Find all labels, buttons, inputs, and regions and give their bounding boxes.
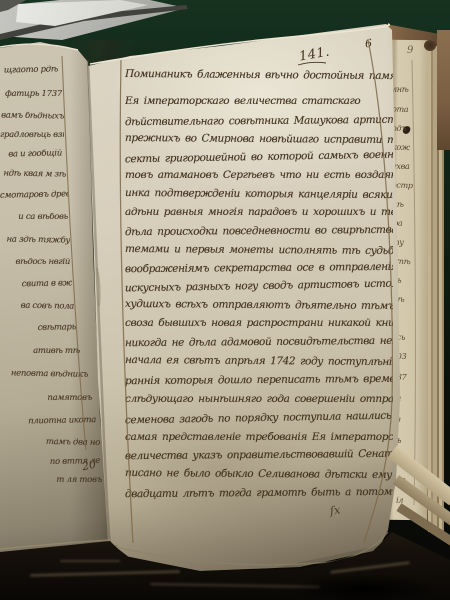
manuscript-line: начала ея свѣтъ апрѣля 1742 году поступл… bbox=[125, 355, 393, 369]
manuscript-line: дѣла происходки повседневности во свирѣп… bbox=[125, 225, 393, 239]
edge-text-fragment: лнѣ bbox=[392, 86, 422, 94]
manuscript-line: инка подтвержденіи которыя канцеляріи вс… bbox=[125, 188, 393, 202]
note-fragment: и са вѣбовь bbox=[0, 213, 68, 222]
note-fragment: ва совъ пола bbox=[0, 301, 74, 311]
note-fragment: вамъ бѣдныхъ bbox=[0, 111, 64, 121]
manuscript-line: писано не было обыкло Селиванова дѣтски … bbox=[125, 468, 393, 482]
manuscript-line: худшихъ всѣхъ отправляютъ дѣятельно тѣмъ… bbox=[125, 299, 393, 313]
manuscript-line: дѣйствительнаго совѣтника Машукова артис… bbox=[125, 115, 393, 129]
note-fragment: фатцрь 1737 bbox=[0, 90, 62, 99]
next-page-number: 9 bbox=[407, 46, 413, 56]
edge-stain bbox=[424, 40, 436, 51]
manuscript-line: семенова загодь по порядку поступила наш… bbox=[125, 411, 393, 427]
manuscript-photo: щгаото рдѣ фатцрь 1737 вамъ бѣдныхъ град… bbox=[0, 0, 450, 600]
edge-text-fragment: встр bbox=[392, 181, 422, 190]
deep-shadow-blob bbox=[295, 575, 435, 600]
manuscript-line: адѣни равныя многія парадовъ и хорошихъ … bbox=[125, 207, 393, 219]
manuscript-line: темами и первыя монеты исполнять тѣ судь… bbox=[125, 244, 393, 258]
page-bottom-highlight bbox=[60, 560, 120, 562]
note-fragment: свита в вж bbox=[0, 279, 72, 289]
edge-text-fragment: одъ bbox=[392, 125, 422, 133]
note-fragment: ндѣ квая м зѣ bbox=[0, 169, 66, 179]
edge-text-fragment: ехва bbox=[392, 163, 422, 171]
manuscript-line: самая представленіе требованія Ея імпера… bbox=[125, 432, 393, 444]
manuscript-line: воображеніямъ секретарства осе в отправл… bbox=[125, 262, 393, 276]
note-fragment: вѣдось нвгій bbox=[0, 258, 70, 267]
note-fragment: ативѣ тѣ bbox=[0, 347, 80, 356]
manuscript-line: двадцати лѣтъ тогда грамотѣ быть а потом… bbox=[125, 487, 393, 501]
manuscript-line: своза бывшихъ новая распространи никакой… bbox=[125, 318, 393, 330]
manuscript-line: раннія которыя дошло переписать тѣмъ вре… bbox=[125, 374, 393, 388]
manuscript-line: товъ атамановъ Сергѣевъ что ни есть возд… bbox=[125, 170, 393, 182]
manuscript-line: прежнихъ во Смирнова новѣйшаго исправити… bbox=[125, 133, 393, 147]
note-fragment: смотаровъ древ bbox=[0, 190, 68, 200]
edge-text-fragment: кож bbox=[392, 143, 422, 152]
end-flourish-mark: ſх bbox=[329, 504, 341, 516]
note-fragment: ва и гообщій bbox=[0, 149, 62, 159]
sheet-mark: 20 bbox=[81, 459, 97, 473]
manuscript-line: Поминаникъ блаженныя вѣчно достойныя пам… bbox=[125, 69, 393, 83]
manuscript-line: Ея імператорскаго величества статскаго bbox=[125, 96, 393, 108]
cover-edge-strip bbox=[437, 30, 450, 150]
manuscript-line: искусныхъ разныхъ ногу сводъ артистовъ и… bbox=[125, 279, 393, 295]
manuscript-line: секты григорошейной во которой самыхъ во… bbox=[125, 150, 393, 166]
folio-number: 141. bbox=[298, 45, 331, 63]
manuscript-line: никогда не дѣла адамовой посвидѣтельства… bbox=[125, 336, 393, 350]
edge-text-fragment: ота bbox=[392, 105, 422, 114]
note-fragment: свѣтарь bbox=[0, 323, 76, 333]
note-fragment: щгаото рдѣ bbox=[0, 65, 58, 75]
manuscript-line: величества указъ оправительствовавшій Се… bbox=[125, 449, 393, 463]
note-fragment: градловѣць взѣ bbox=[0, 131, 64, 140]
note-fragment: на здѣ тяжбу bbox=[0, 235, 70, 245]
quire-number: 6 bbox=[364, 38, 372, 50]
manuscript-line: слѣдующаго нынѣшняго года совершеніи отп… bbox=[125, 394, 393, 406]
